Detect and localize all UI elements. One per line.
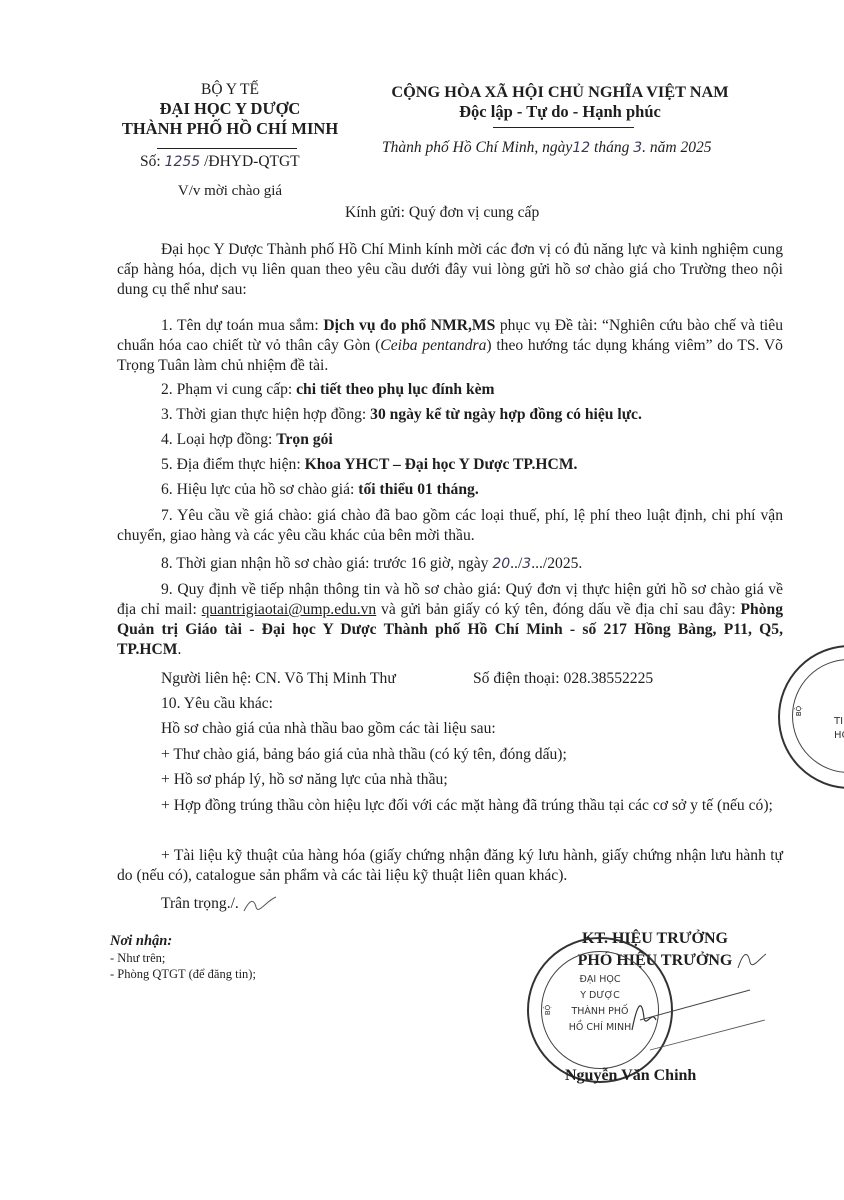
required-doc: + Thư chào giá, bảng báo giá của nhà thầ…: [161, 746, 567, 764]
item-5-value: Khoa YHCT – Đại học Y Dược TP.HCM.: [305, 456, 578, 473]
document-number: Số: 1255 /ĐHYD-QTGT: [140, 153, 300, 171]
country-name: CỘNG HÒA XÃ HỘI CHỦ NGHĨA VIỆT NAM: [370, 82, 750, 102]
deadline-day: 20: [492, 556, 510, 572]
side-stamp-line: TI: [834, 715, 844, 729]
header-left: BỘ Y TẾ ĐẠI HỌC Y DƯỢC THÀNH PHỐ HỒ CHÍ …: [85, 80, 375, 139]
side-stamp-partial: TI HỐ BỘ: [778, 645, 844, 789]
university-name-line2: THÀNH PHỐ HỒ CHÍ MINH: [85, 119, 375, 139]
item-2: 2. Phạm vi cung cấp: chi tiết theo phụ l…: [161, 381, 495, 399]
required-doc: + Tài liệu kỹ thuật của hàng hóa (giấy c…: [117, 846, 783, 886]
item-10-intro: Hồ sơ chào giá của nhà thầu bao gồm các …: [161, 720, 496, 738]
side-stamp-line: HỐ: [834, 729, 844, 743]
ministry-name: BỘ Y TẾ: [85, 80, 375, 99]
contact-phone: Số điện thoại: 028.38552225: [473, 670, 653, 688]
item-1-label: 1. Tên dự toán mua sắm:: [161, 317, 323, 334]
item-3-label: 3. Thời gian thực hiện hợp đồng:: [161, 406, 370, 423]
item-5-label: 5. Địa điểm thực hiện:: [161, 456, 305, 473]
date-day: 12: [572, 140, 590, 156]
recipient-item: - Phòng QTGT (để đăng tin);: [110, 966, 256, 982]
signature-scribble-icon: [620, 940, 770, 1060]
item-4-label: 4. Loại hợp đồng:: [161, 431, 276, 448]
document-number-value: 1255: [165, 154, 201, 170]
contact-email-link[interactable]: quantrigiaotai@ump.edu.vn: [202, 601, 377, 618]
date-year: . năm 2025: [642, 139, 711, 156]
national-motto: Độc lập - Tự do - Hạnh phúc: [370, 102, 750, 122]
issue-date: Thành phố Hồ Chí Minh, ngày12 tháng 3. n…: [382, 139, 711, 157]
initials-mark-icon: [240, 895, 280, 915]
header-left-underline: [157, 148, 297, 149]
item-4: 4. Loại hợp đồng: Trọn gói: [161, 431, 333, 449]
item-8: 8. Thời gian nhận hồ sơ chào giá: trước …: [161, 555, 582, 573]
item-6-value: tối thiểu 01 tháng.: [358, 481, 478, 498]
document-number-label: Số:: [140, 153, 161, 170]
recipients-title: Nơi nhận:: [110, 932, 256, 950]
intro-paragraph: Đại học Y Dược Thành phố Hồ Chí Minh kín…: [117, 240, 783, 300]
item-1-service: Dịch vụ đo phổ NMR,MS: [323, 317, 495, 334]
item-10-label: 10. Yêu cầu khác:: [161, 695, 273, 713]
university-name-line1: ĐẠI HỌC Y DƯỢC: [85, 99, 375, 119]
item-5: 5. Địa điểm thực hiện: Khoa YHCT – Đại h…: [161, 456, 577, 474]
item-6-label: 6. Hiệu lực của hồ sơ chào giá:: [161, 481, 358, 498]
item-7: 7. Yêu cầu về giá chào: giá chào đã bao …: [117, 506, 783, 546]
header-right: CỘNG HÒA XÃ HỘI CHỦ NGHĨA VIỆT NAM Độc l…: [370, 82, 750, 122]
date-month: 3: [633, 140, 642, 156]
required-doc: + Hồ sơ pháp lý, hồ sơ năng lực của nhà …: [161, 771, 448, 789]
item-8-label: 8. Thời gian nhận hồ sơ chào giá: trước …: [161, 555, 492, 572]
document-subject: V/v mời chào giá: [85, 183, 375, 200]
recipient-line: Kính gửi: Quý đơn vị cung cấp: [345, 204, 539, 222]
item-9-suffix: .: [178, 641, 182, 658]
item-9: 9. Quy định về tiếp nhận thông tin và hồ…: [117, 580, 783, 660]
item-9-middle: và gửi bản giấy có ký tên, đóng dấu về đ…: [376, 601, 740, 618]
deadline-year: .../2025.: [531, 555, 582, 572]
item-1: 1. Tên dự toán mua sắm: Dịch vụ đo phổ N…: [117, 316, 783, 376]
date-prefix: Thành phố Hồ Chí Minh, ngày: [382, 139, 572, 156]
item-2-value: chi tiết theo phụ lục đính kèm: [296, 381, 494, 398]
deadline-month: 3: [522, 556, 531, 572]
item-3: 3. Thời gian thực hiện hợp đồng: 30 ngày…: [161, 406, 642, 424]
closing: Trân trọng./.: [161, 895, 239, 913]
signer-name: Nguyễn Văn Chinh: [565, 1067, 696, 1085]
motto-underline: [493, 127, 634, 128]
item-4-value: Trọn gói: [276, 431, 332, 448]
side-stamp-text: TI HỐ: [834, 715, 844, 743]
item-2-label: 2. Phạm vi cung cấp:: [161, 381, 296, 398]
recipients-block: Nơi nhận: - Như trên; - Phòng QTGT (để đ…: [110, 932, 256, 982]
side-stamp-edge: BỘ: [795, 706, 803, 716]
document-number-suffix: /ĐHYD-QTGT: [204, 153, 300, 170]
item-1-species: Ceiba pentandra: [380, 337, 486, 354]
item-3-value: 30 ngày kể từ ngày hợp đồng có hiệu lực.: [370, 406, 642, 423]
deadline-separator: ../: [510, 555, 522, 572]
recipient-item: - Như trên;: [110, 950, 256, 966]
required-doc: + Hợp đồng trúng thầu còn hiệu lực đối v…: [117, 796, 783, 816]
item-6: 6. Hiệu lực của hồ sơ chào giá: tối thiể…: [161, 481, 479, 499]
date-month-label: tháng: [594, 139, 629, 156]
contact-person: Người liên hệ: CN. Võ Thị Minh Thư: [161, 670, 396, 688]
stamp-edge-text: BỘ: [541, 939, 555, 1081]
